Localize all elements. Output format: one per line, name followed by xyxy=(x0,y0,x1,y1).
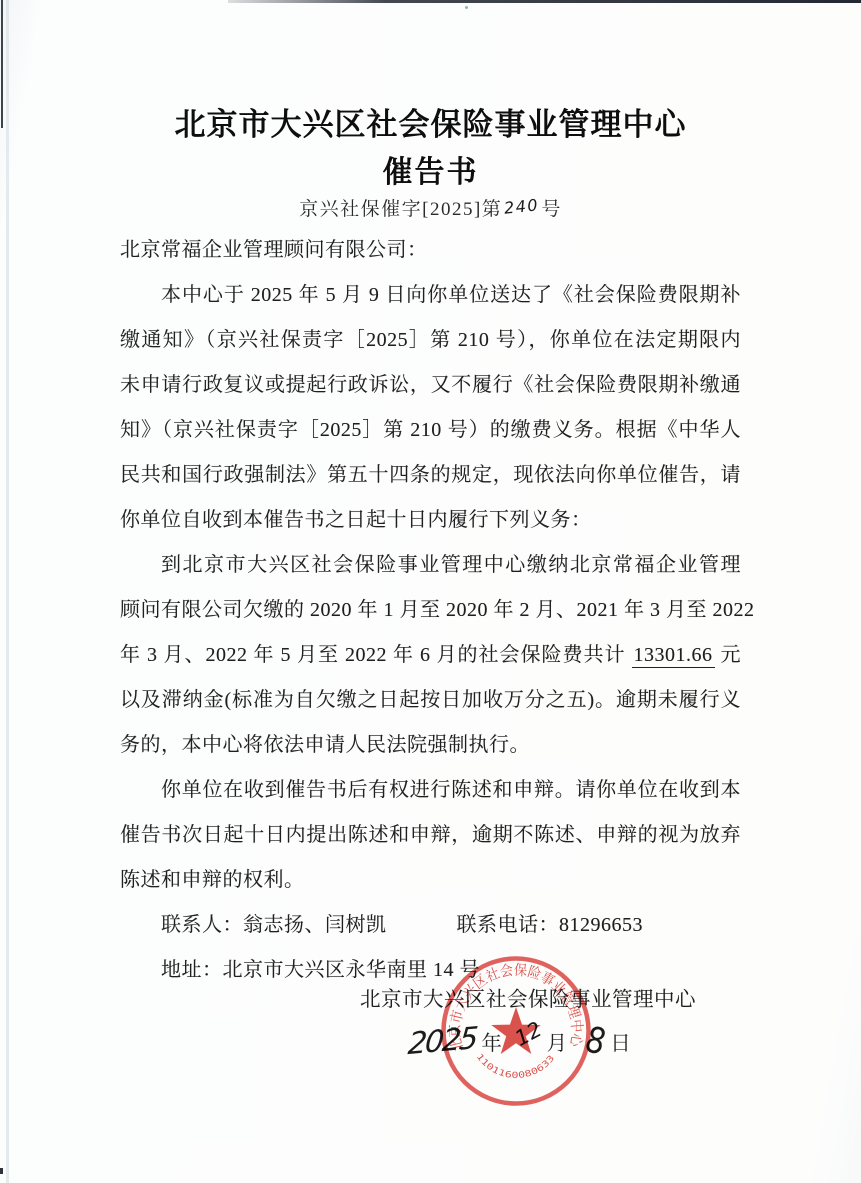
paragraph2-line: 以及滞纳金(标准为自欠缴之日起按日加收万分之五)。逾期未履行义 xyxy=(120,678,741,723)
day-unit-label: 日 xyxy=(610,1026,631,1056)
handwritten-year: 2025 xyxy=(407,1020,478,1061)
document-type-title: 催告书 xyxy=(0,147,861,191)
signature-date-line: 2025 年 12 月 8 日 xyxy=(408,1018,636,1064)
amount-line-after: 元 xyxy=(715,644,742,666)
paragraph2-line: 到北京市大兴区社会保险事业管理中心缴纳北京常福企业管理 xyxy=(120,543,741,588)
paragraph3-line: 你单位在收到催告书后有权进行陈述和申辩。请你单位在收到本 xyxy=(120,768,741,813)
signature-org-line: 北京市大兴区社会保险事业管理中心 xyxy=(360,982,696,1012)
year-unit-label: 年 xyxy=(481,1026,502,1056)
scanned-document-page: 北京市大兴区社会保险事业管理中心 催告书 京兴社保催字[2025]第240号 北… xyxy=(0,0,861,1183)
contact-persons: 翁志扬、闫树凯 xyxy=(243,914,387,936)
paragraph1-line: 缴通知》（京兴社保责字［2025］第 210 号），你单位在法定期限内 xyxy=(120,318,741,363)
document-number-prefix: 京兴社保催字[2025]第 xyxy=(299,199,502,220)
scan-speck-artifact xyxy=(465,6,468,9)
paragraph1-line: 本中心于 2025 年 5 月 9 日向你单位送达了《社会保险费限期补 xyxy=(120,273,741,318)
month-unit-label: 月 xyxy=(547,1026,568,1056)
paragraph1-line: 民共和国行政强制法》第五十四条的规定，现依法向你单位催告，请 xyxy=(120,453,741,498)
paragraph1-line: 知》（京兴社保责字［2025］第 210 号）的缴费义务。根据《中华人 xyxy=(120,408,741,453)
document-body: 北京常福企业管理顾问有限公司： 本中心于 2025 年 5 月 9 日向你单位送… xyxy=(120,228,741,993)
paragraph2-amount-line: 年 3 月、2022 年 5 月至 2022 年 6 月的社会保险费共计 133… xyxy=(120,633,741,678)
paragraph3-line: 催告书次日起十日内提出陈述和申辩，逾期不陈述、申辩的视为放弃 xyxy=(120,813,741,858)
contact-phone-label: 联系电话： xyxy=(457,914,560,936)
document-org-title: 北京市大兴区社会保险事业管理中心 xyxy=(0,99,861,144)
contact-phone-number: 81296653 xyxy=(559,914,643,936)
document-number-handwritten: 240 xyxy=(503,195,540,218)
paragraph2-line: 务的，本中心将依法申请人民法院强制执行。 xyxy=(120,723,741,768)
document-number-suffix: 号 xyxy=(541,199,562,220)
handwritten-day: 8 xyxy=(584,1019,608,1064)
amount-line-before: 年 3 月、2022 年 5 月至 2022 年 6 月的社会保险费共计 xyxy=(120,644,632,666)
paragraph2-line: 顾问有限公司欠缴的 2020 年 1 月至 2020 年 2 月、2021 年 … xyxy=(120,588,741,633)
recipient-line: 北京常福企业管理顾问有限公司： xyxy=(120,228,741,273)
paragraph1-line: 未申请行政复议或提起行政诉讼，又不履行《社会保险费限期补缴通 xyxy=(120,363,741,408)
contact-person-label: 联系人： xyxy=(161,914,243,936)
scan-edge-top-artifact xyxy=(228,0,861,3)
amount-due-underlined: 13301.66 xyxy=(632,644,715,668)
paragraph1-line: 你单位自收到本催告书之日起十日内履行下列义务： xyxy=(120,498,741,543)
contact-line: 联系人：翁志扬、闫树凯联系电话：81296653 xyxy=(120,903,741,948)
document-number: 京兴社保催字[2025]第240号 xyxy=(0,194,861,221)
scan-dot-artifact xyxy=(0,1168,3,1174)
handwritten-month: 12 xyxy=(511,1017,546,1051)
paragraph3-line: 陈述和申辩的权利。 xyxy=(120,858,741,903)
